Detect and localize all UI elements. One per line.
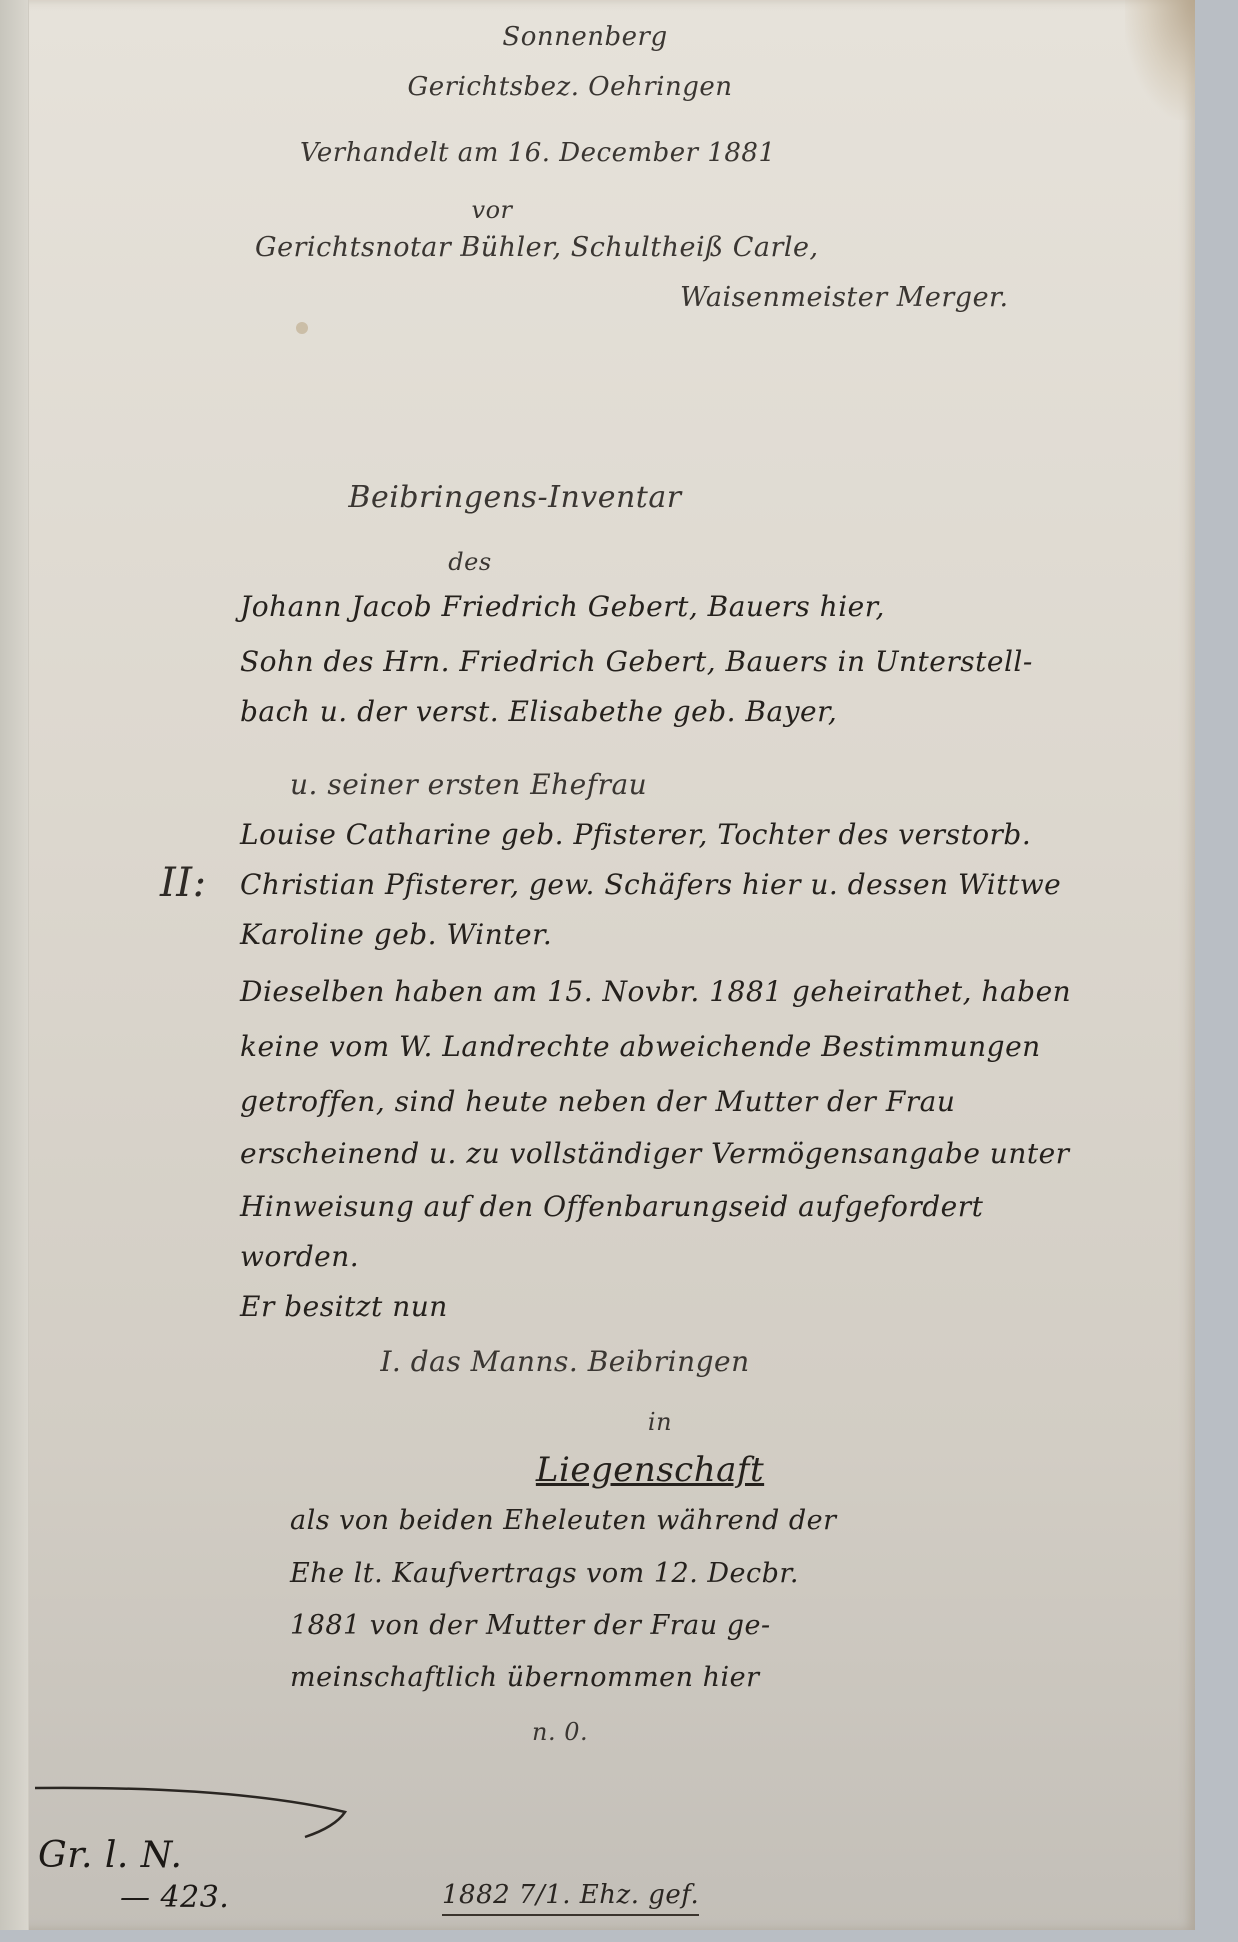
header-officials-2: Waisenmeister Merger. xyxy=(680,282,1009,313)
section-subheading: Liegenschaft xyxy=(536,1450,764,1490)
property-line-3: 1881 von der Mutter der Frau ge- xyxy=(290,1610,771,1641)
document-title: Beibringens-Inventar xyxy=(348,480,681,515)
body-line-1: Dieselben haben am 15. Novbr. 1881 gehei… xyxy=(240,975,1071,1008)
husband-line-3: bach u. der verst. Elisabethe geb. Bayer… xyxy=(240,695,837,728)
body-line-6: worden. xyxy=(240,1240,359,1273)
flourish-stroke xyxy=(35,1782,355,1842)
husband-line-1: Johann Jacob Friedrich Gebert, Bauers hi… xyxy=(240,590,885,623)
header-place: Sonnenberg xyxy=(502,22,667,52)
body-line-2: keine vom W. Landrechte abweichende Best… xyxy=(240,1030,1041,1063)
property-line-2: Ehe lt. Kaufvertrags vom 12. Decbr. xyxy=(290,1558,799,1589)
header-by: vor xyxy=(472,196,513,224)
and-wife: u. seiner ersten Ehefrau xyxy=(290,768,647,801)
title-of: des xyxy=(448,548,491,576)
footer-archive-note: 1882 7/1. Ehz. gef. xyxy=(442,1880,699,1916)
document-page: Sonnenberg Gerichtsbez. Oehringen Verhan… xyxy=(0,0,1195,1930)
possesses-line: Er besitzt nun xyxy=(240,1290,448,1323)
section-heading: I. das Manns. Beibringen xyxy=(380,1345,749,1378)
ink-stain xyxy=(296,322,308,334)
body-line-4: erscheinend u. zu vollständiger Vermögen… xyxy=(240,1137,1070,1170)
property-line-4: meinschaftlich übernommen hier xyxy=(290,1662,760,1693)
header-date: Verhandelt am 16. December 1881 xyxy=(300,138,776,168)
footer-reference-label: Gr. l. N. xyxy=(38,1835,182,1876)
section-in: in xyxy=(648,1408,672,1436)
wife-line-3: Karoline geb. Winter. xyxy=(240,918,552,951)
body-line-3: getroffen, sind heute neben der Mutter d… xyxy=(240,1085,955,1118)
wife-line-2: Christian Pfisterer, gew. Schäfers hier … xyxy=(240,868,1061,901)
header-officials-1: Gerichtsnotar Bühler, Schultheiß Carle, xyxy=(255,232,819,263)
nil-note: n. 0. xyxy=(532,1718,588,1746)
margin-mark: II: xyxy=(160,860,207,906)
husband-line-2: Sohn des Hrn. Friedrich Gebert, Bauers i… xyxy=(240,645,1033,678)
body-line-5: Hinweisung auf den Offenbarungseid aufge… xyxy=(240,1190,983,1223)
wife-line-1: Louise Catharine geb. Pfisterer, Tochter… xyxy=(240,818,1031,851)
footer-reference-number: — 423. xyxy=(120,1880,229,1915)
header-court: Gerichtsbez. Oehringen xyxy=(408,72,733,102)
corner-stain xyxy=(1125,0,1195,120)
property-line-1: als von beiden Eheleuten während der xyxy=(290,1505,837,1536)
